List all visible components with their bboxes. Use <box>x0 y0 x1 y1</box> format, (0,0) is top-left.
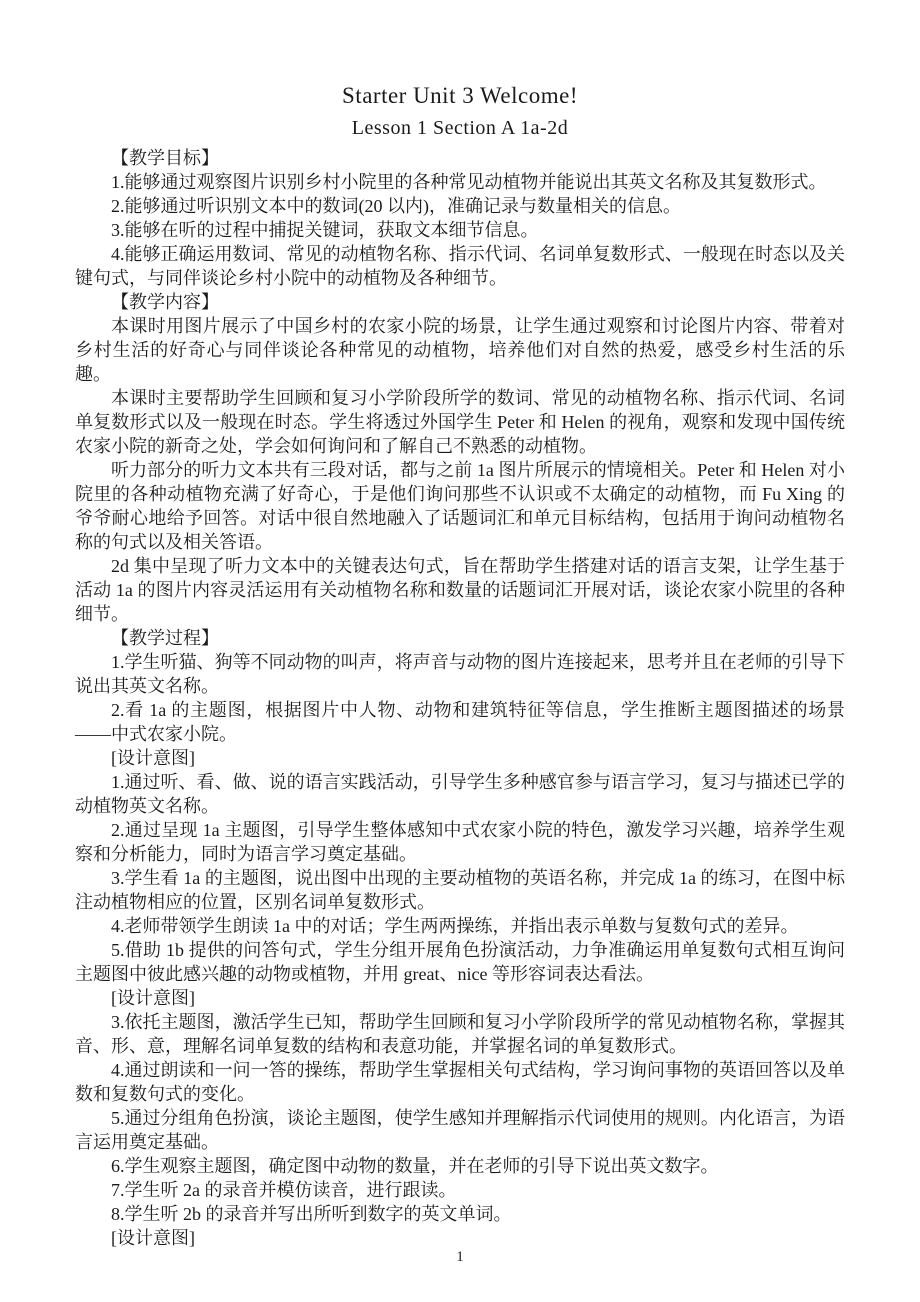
paragraph: 3.能够在听的过程中捕捉关键词，获取文本细节信息。 <box>75 218 845 242</box>
paragraph: 7.学生听 2a 的录音并模仿读音，进行跟读。 <box>75 1178 845 1202</box>
paragraph: 2.通过呈现 1a 主题图，引导学生整体感知中式农家小院的特色，激发学习兴趣，培… <box>75 818 845 866</box>
document-page: Starter Unit 3 Welcome! Lesson 1 Section… <box>0 0 920 1302</box>
paragraph: 8.学生听 2b 的录音并写出所听到数字的英文单词。 <box>75 1202 845 1226</box>
document-subtitle: Lesson 1 Section A 1a-2d <box>75 116 845 140</box>
paragraph: 听力部分的听力文本共有三段对话，都与之前 1a 图片所展示的情境相关。Peter… <box>75 458 845 554</box>
paragraph: 1.能够通过观察图片识别乡村小院里的各种常见动植物并能说出其英文名称及其复数形式… <box>75 170 845 194</box>
paragraph: 2.能够通过听识别文本中的数词(20 以内)，准确记录与数量相关的信息。 <box>75 194 845 218</box>
page-number: 1 <box>0 1248 920 1266</box>
paragraph: 4.能够正确运用数词、常见的动植物名称、指示代词、名词单复数形式、一般现在时态以… <box>75 242 845 290</box>
section-heading: 【教学目标】 <box>75 146 845 170</box>
paragraph: 2d 集中呈现了听力文本中的关键表达句式，旨在帮助学生搭建对话的语言支架，让学生… <box>75 554 845 626</box>
paragraph: 3.依托主题图，激活学生已知，帮助学生回顾和复习小学阶段所学的常见动植物名称，掌… <box>75 1010 845 1058</box>
design-intent-label: [设计意图] <box>75 746 845 770</box>
design-intent-label: [设计意图] <box>75 986 845 1010</box>
paragraph: 1.通过听、看、做、说的语言实践活动，引导学生多种感官参与语言学习，复习与描述已… <box>75 770 845 818</box>
paragraph: 2.看 1a 的主题图，根据图片中人物、动物和建筑特征等信息，学生推断主题图描述… <box>75 698 845 746</box>
paragraph: 3.学生看 1a 的主题图，说出图中出现的主要动植物的英语名称，并完成 1a 的… <box>75 866 845 914</box>
paragraph: 6.学生观察主题图，确定图中动物的数量，并在老师的引导下说出英文数字。 <box>75 1154 845 1178</box>
document-body: Starter Unit 3 Welcome! Lesson 1 Section… <box>75 82 845 1250</box>
paragraph: 5.通过分组角色扮演，谈论主题图，使学生感知并理解指示代词使用的规则。内化语言，… <box>75 1106 845 1154</box>
paragraph: 1.学生听猫、狗等不同动物的叫声，将声音与动物的图片连接起来，思考并且在老师的引… <box>75 650 845 698</box>
section-heading: 【教学内容】 <box>75 290 845 314</box>
section-heading: 【教学过程】 <box>75 626 845 650</box>
paragraph: 5.借助 1b 提供的问答句式，学生分组开展角色扮演活动，力争准确运用单复数句式… <box>75 938 845 986</box>
design-intent-label: [设计意图] <box>75 1226 845 1250</box>
paragraph: 4.老师带领学生朗读 1a 中的对话；学生两两操练，并指出表示单数与复数句式的差… <box>75 914 845 938</box>
document-title: Starter Unit 3 Welcome! <box>75 82 845 110</box>
document-blocks: 【教学目标】1.能够通过观察图片识别乡村小院里的各种常见动植物并能说出其英文名称… <box>75 146 845 1250</box>
paragraph: 4.通过朗读和一问一答的操练，帮助学生掌握相关句式结构，学习询问事物的英语回答以… <box>75 1058 845 1106</box>
paragraph: 本课时用图片展示了中国乡村的农家小院的场景，让学生通过观察和讨论图片内容、带着对… <box>75 314 845 386</box>
paragraph: 本课时主要帮助学生回顾和复习小学阶段所学的数词、常见的动植物名称、指示代词、名词… <box>75 386 845 458</box>
